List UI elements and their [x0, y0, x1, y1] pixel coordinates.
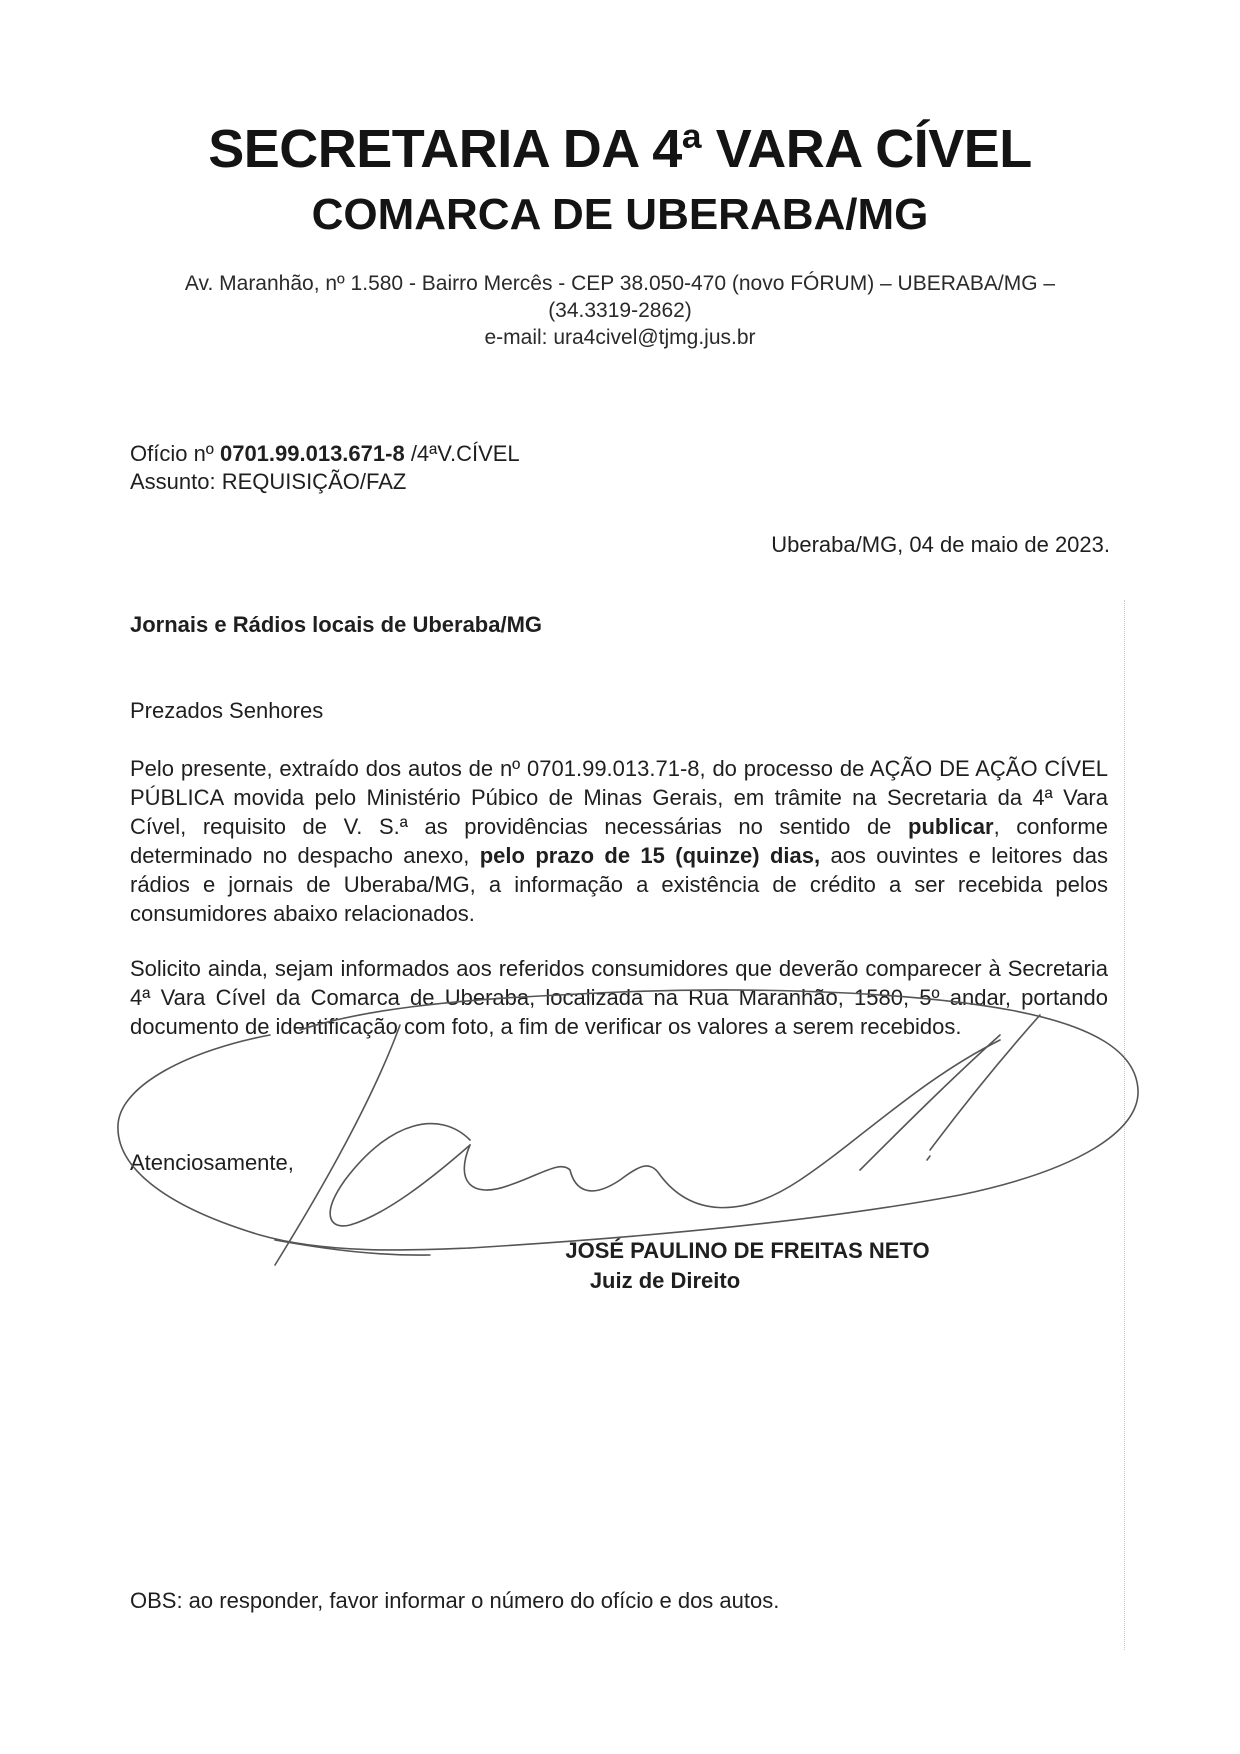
signer-role: Juiz de Direito: [0, 1266, 1240, 1296]
scan-artifact: [1120, 600, 1125, 1650]
signer-name: JOSÉ PAULINO DE FREITAS NETO: [0, 1236, 1240, 1266]
closing: Atenciosamente,: [130, 1150, 294, 1176]
greeting: Prezados Senhores: [130, 698, 323, 724]
emphasis-text: publicar: [908, 814, 994, 839]
court-title: SECRETARIA DA 4ª VARA CÍVEL: [0, 118, 1240, 180]
phone-line: (34.3319-2862): [0, 297, 1240, 324]
recipient: Jornais e Rádios locais de Uberaba/MG: [130, 612, 542, 638]
oficio-line: Ofício nº 0701.99.013.671-8 /4ªV.CÍVEL: [130, 440, 520, 468]
reference-block: Ofício nº 0701.99.013.671-8 /4ªV.CÍVEL A…: [130, 440, 520, 496]
court-address: Av. Maranhão, nº 1.580 - Bairro Mercês -…: [0, 270, 1240, 351]
document-page: SECRETARIA DA 4ª VARA CÍVEL COMARCA DE U…: [0, 0, 1240, 1754]
comarca-title: COMARCA DE UBERABA/MG: [0, 190, 1240, 240]
date-line: Uberaba/MG, 04 de maio de 2023.: [771, 532, 1110, 558]
oficio-number: 0701.99.013.671-8: [220, 441, 405, 466]
assunto-line: Assunto: REQUISIÇÃO/FAZ: [130, 468, 520, 496]
body-paragraph-2: Solicito ainda, sejam informados aos ref…: [130, 954, 1108, 1041]
address-line: Av. Maranhão, nº 1.580 - Bairro Mercês -…: [0, 270, 1240, 297]
emphasis-text: pelo prazo de 15 (quinze) dias,: [480, 843, 820, 868]
email-line: e-mail: ura4civel@tjmg.jus.br: [0, 324, 1240, 351]
body-paragraph-1: Pelo presente, extraído dos autos de nº …: [130, 754, 1108, 928]
oficio-suffix: /4ªV.CÍVEL: [405, 441, 520, 466]
oficio-label: Ofício nº: [130, 441, 220, 466]
signer-block: JOSÉ PAULINO DE FREITAS NETO Juiz de Dir…: [0, 1236, 1240, 1296]
obs-note: OBS: ao responder, favor informar o núme…: [130, 1588, 779, 1614]
